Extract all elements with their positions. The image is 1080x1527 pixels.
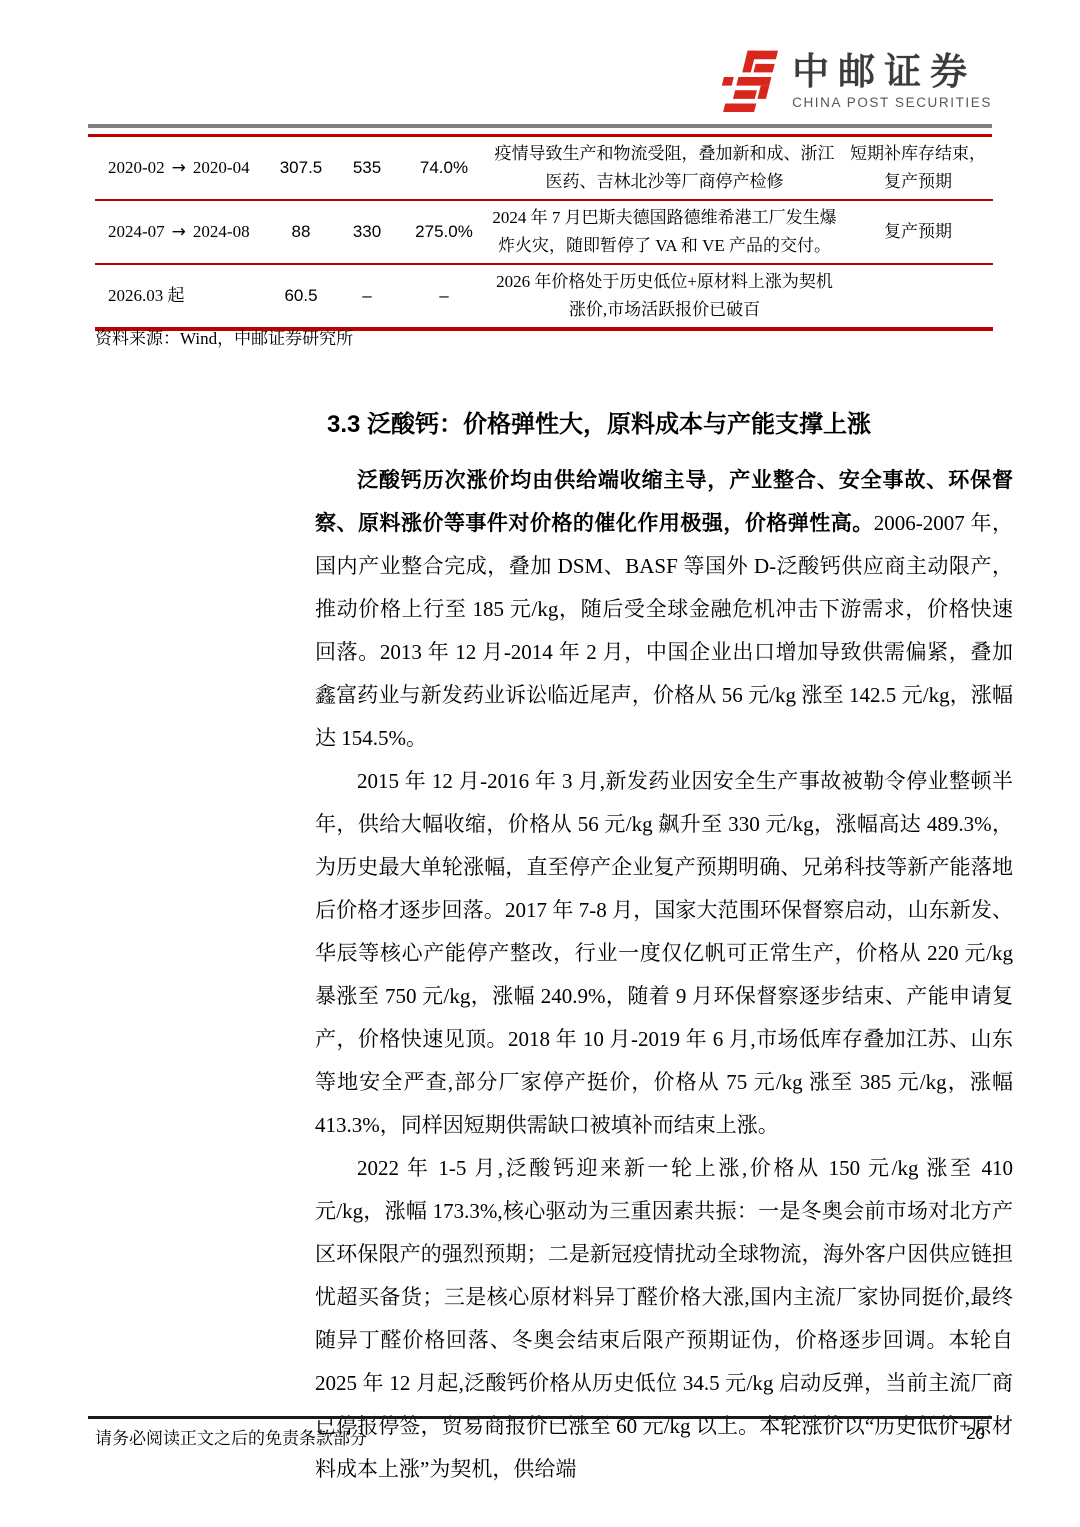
- footer-disclaimer: 请务必阅读正文之后的免责条款部分: [95, 1424, 367, 1449]
- period-start: 2024-07: [108, 222, 165, 241]
- table-source: 资料来源：Wind，中邮证券研究所: [95, 324, 353, 349]
- price-history-table: 2020-02→2020-04 307.5 535 74.0% 疫情导致生产和物…: [95, 137, 993, 331]
- increase-cell: –: [402, 279, 486, 313]
- reason-cell: 疫情导致生产和物流受阻，叠加新和成、浙江医药、吉林北沙等厂商停产检修: [486, 137, 843, 199]
- body-paragraph: 泛酸钙历次涨价均由供给端收缩主导，产业整合、安全事故、环保督察、原料涨价等事件对…: [315, 459, 1013, 760]
- peak-price-cell: 535: [332, 151, 402, 185]
- period-cell: 2020-02→2020-04: [95, 151, 270, 185]
- period-start: 2026.03 起: [108, 286, 185, 305]
- page-number: 20: [966, 1424, 985, 1444]
- table-row: 2026.03 起 60.5 – – 2026 年价格处于历史低位+原材料上涨为…: [95, 265, 993, 331]
- end-reason-cell: 复产预期: [843, 215, 993, 249]
- china-post-logo-icon: [714, 48, 780, 114]
- paragraph-text: 2022 年 1-5 月,泛酸钙迎来新一轮上涨,价格从 150 元/kg 涨至 …: [315, 1156, 1013, 1481]
- logo-company-name: 中邮证券: [792, 52, 976, 93]
- end-reason-cell: [843, 293, 993, 299]
- increase-cell: 275.0%: [402, 215, 486, 249]
- body-paragraph: 2015 年 12 月-2016 年 3 月,新发药业因安全生产事故被勒令停业整…: [315, 760, 1013, 1147]
- reason-cell: 2024 年 7 月巴斯夫德国路德维希港工厂发生爆炸火灾，随即暂停了 VA 和 …: [486, 201, 843, 263]
- start-price-cell: 88: [270, 215, 332, 249]
- paragraph-text: 2015 年 12 月-2016 年 3 月,新发药业因安全生产事故被勒令停业整…: [315, 769, 1013, 1137]
- reason-cell: 2026 年价格处于历史低位+原材料上涨为契机涨价,市场活跃报价已破百: [486, 265, 843, 327]
- arrow-right-icon: →: [172, 154, 186, 182]
- header-logo: 中邮证券 CHINA POST SECURITIES: [714, 48, 992, 114]
- footer-rule: [88, 1416, 992, 1419]
- table-row: 2020-02→2020-04 307.5 535 74.0% 疫情导致生产和物…: [95, 137, 993, 201]
- start-price-cell: 307.5: [270, 151, 332, 185]
- logo-company-name-en: CHINA POST SECURITIES: [792, 95, 992, 110]
- table-row: 2024-07→2024-08 88 330 275.0% 2024 年 7 月…: [95, 201, 993, 265]
- period-cell: 2024-07→2024-08: [95, 215, 270, 249]
- section-body: 泛酸钙历次涨价均由供给端收缩主导，产业整合、安全事故、环保督察、原料涨价等事件对…: [315, 459, 1013, 1491]
- period-start: 2020-02: [108, 158, 165, 177]
- report-page: 中邮证券 CHINA POST SECURITIES 2020-02→2020-…: [0, 0, 1080, 1527]
- section-heading: 3.3 泛酸钙：价格弹性大，原料成本与产能支撑上涨: [327, 404, 871, 439]
- peak-price-cell: 330: [332, 215, 402, 249]
- period-cell: 2026.03 起: [95, 279, 270, 313]
- increase-cell: 74.0%: [402, 151, 486, 185]
- period-end: 2024-08: [193, 222, 250, 241]
- logo-text: 中邮证券 CHINA POST SECURITIES: [792, 52, 992, 110]
- period-end: 2020-04: [193, 158, 250, 177]
- paragraph-text: 2006-2007 年，国内产业整合完成，叠加 DSM、BASF 等国外 D-泛…: [315, 511, 1013, 750]
- body-paragraph: 2022 年 1-5 月,泛酸钙迎来新一轮上涨,价格从 150 元/kg 涨至 …: [315, 1147, 1013, 1491]
- end-reason-cell: 短期补库存结束，复产预期: [843, 137, 993, 199]
- header-rule-gray: [88, 124, 992, 128]
- start-price-cell: 60.5: [270, 279, 332, 313]
- arrow-right-icon: →: [172, 218, 186, 246]
- peak-price-cell: –: [332, 279, 402, 313]
